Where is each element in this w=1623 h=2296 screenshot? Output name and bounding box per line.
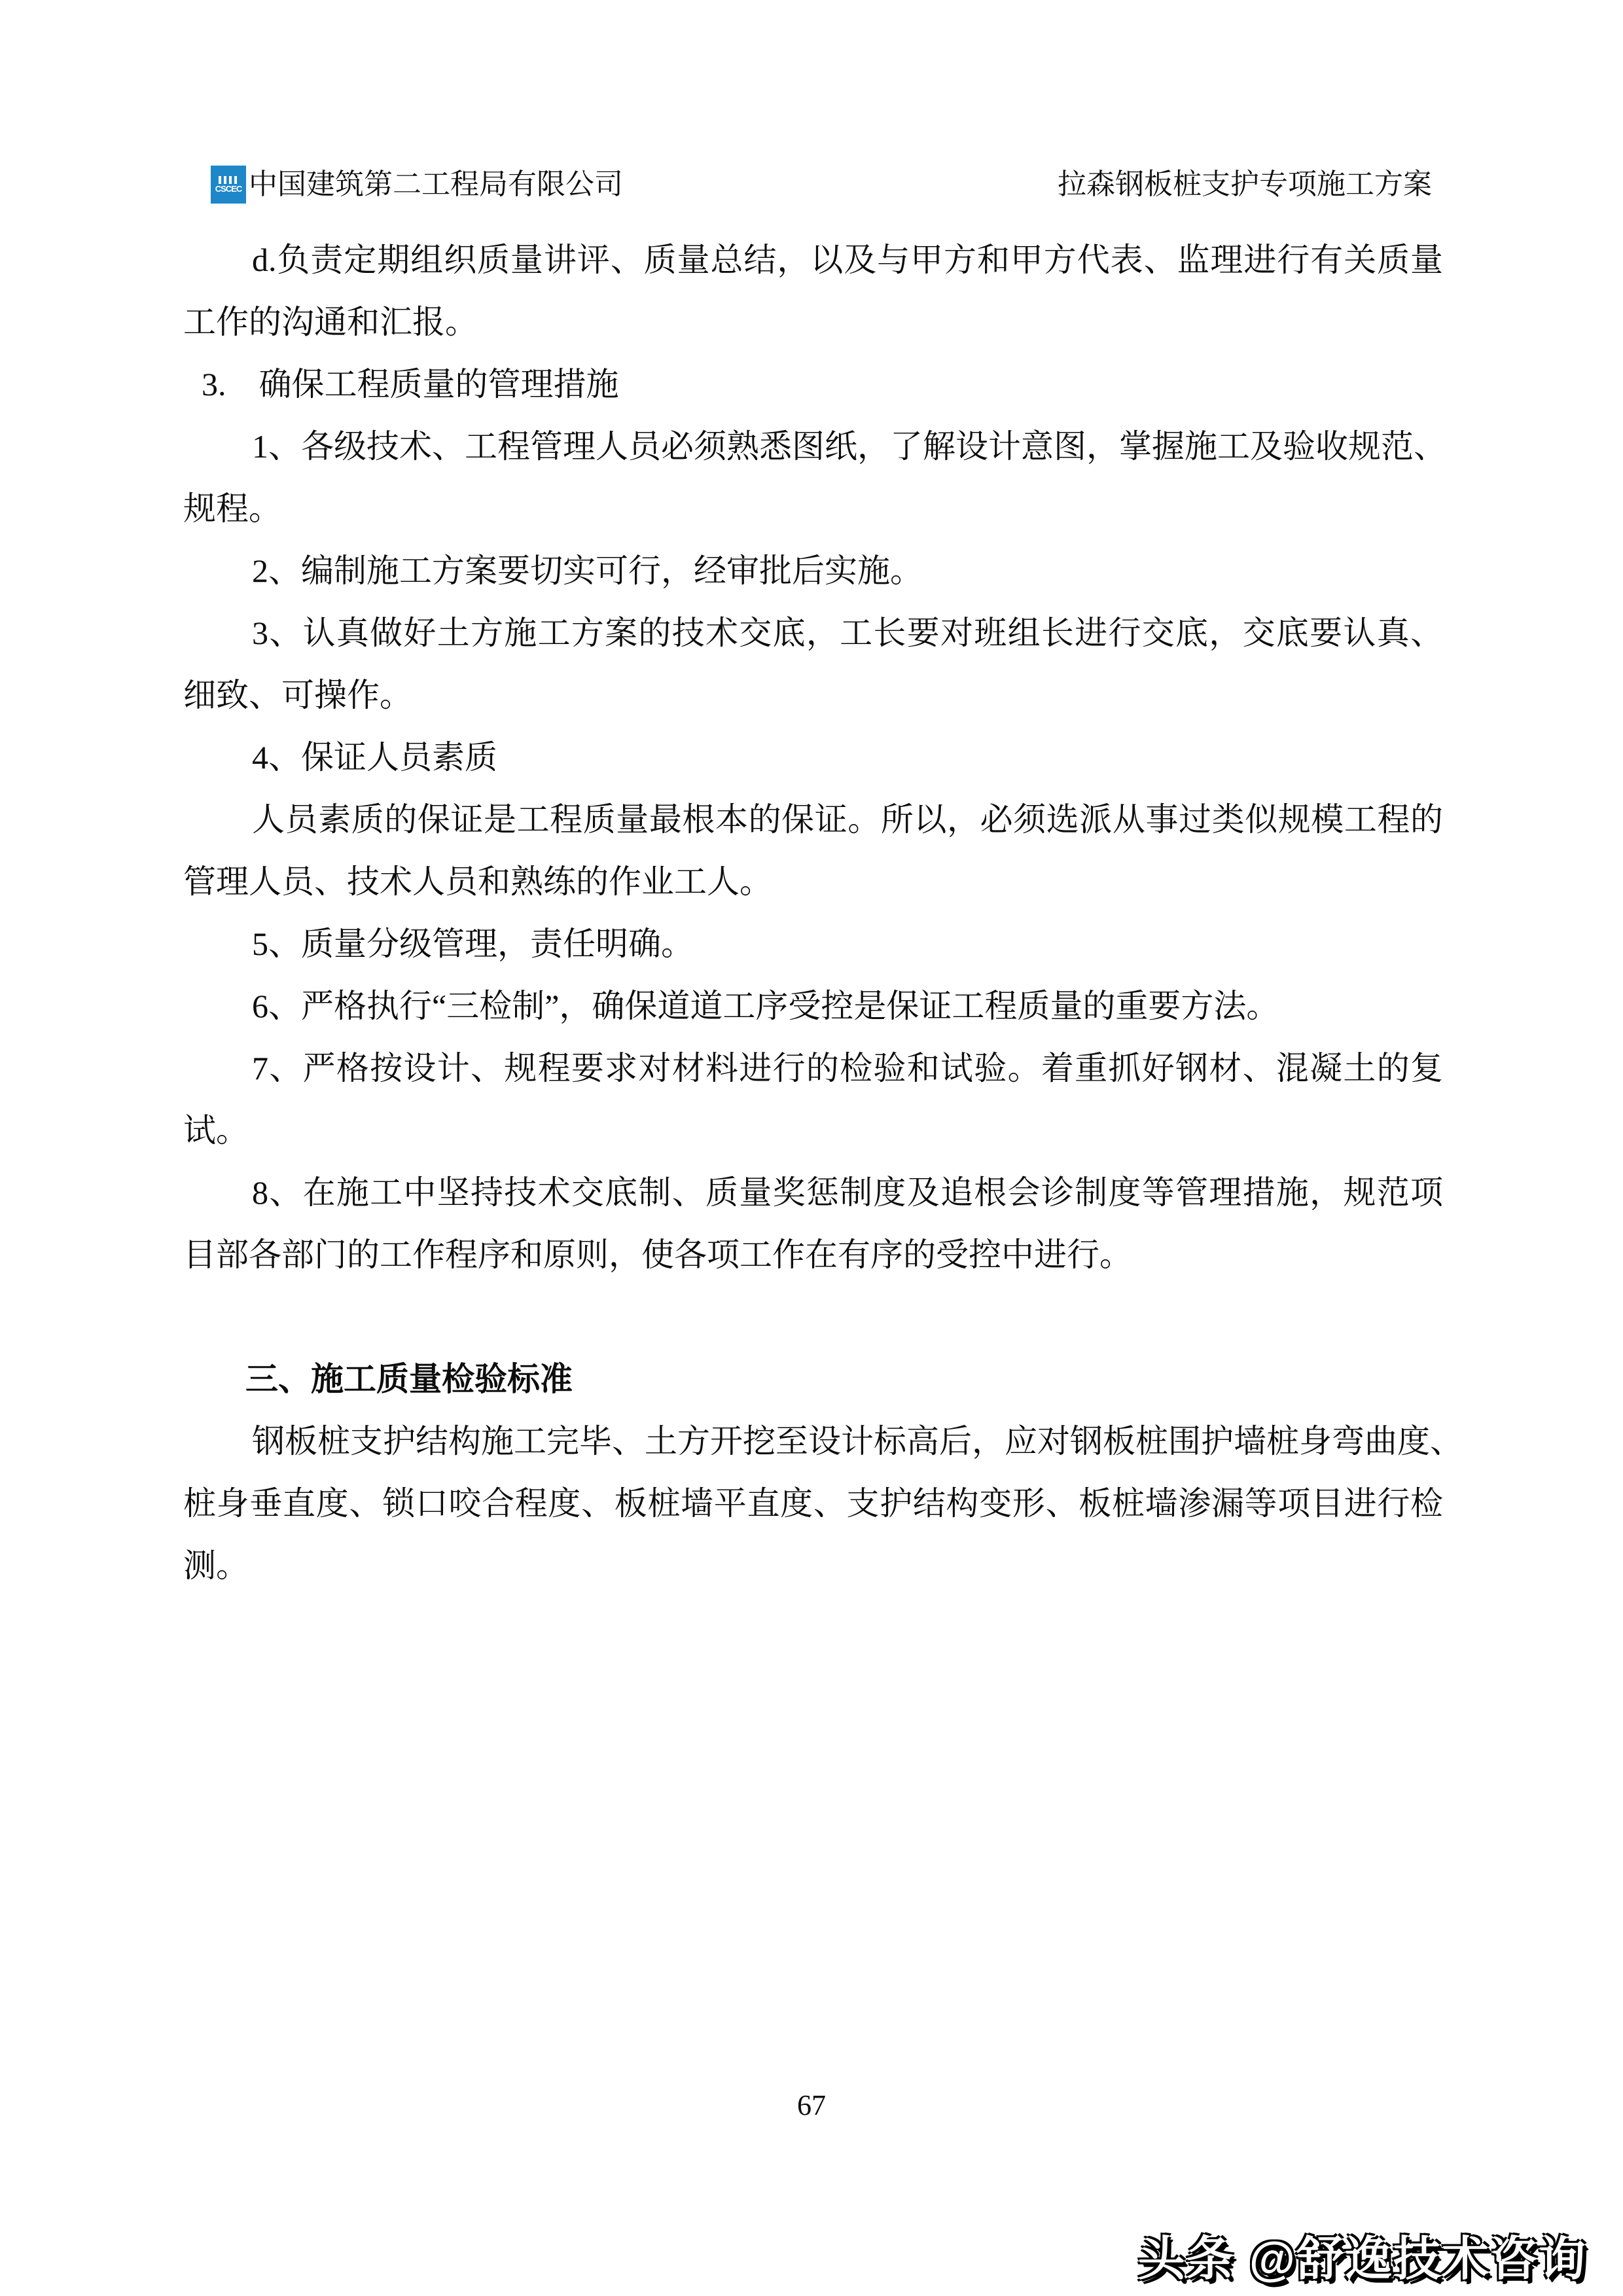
document-line: d.负责定期组织质量讲评、质量总结，以及与甲方和甲方代表、监理进行有关质量 bbox=[183, 229, 1443, 291]
document-line: 4、保证人员素质 bbox=[183, 726, 1443, 789]
document-line: 细致、可操作。 bbox=[183, 664, 1443, 726]
document-title: 拉森钢板桩支护专项施工方案 bbox=[1058, 165, 1432, 204]
page-header: CSCEC 中国建筑第二工程局有限公司 拉森钢板桩支护专项施工方案 bbox=[211, 165, 1432, 204]
document-line: 8、在施工中坚持技术交底制、质量奖惩制度及追根会诊制度等管理措施，规范项 bbox=[183, 1162, 1443, 1224]
document-line: 6、严格执行“三检制”，确保道道工序受控是保证工程质量的重要方法。 bbox=[183, 975, 1443, 1037]
document-line: 管理人员、技术人员和熟练的作业工人。 bbox=[183, 851, 1443, 913]
document-line: 桩身垂直度、锁口咬合程度、板桩墙平直度、支护结构变形、板桩墙渗漏等项目进行检 bbox=[183, 1473, 1443, 1535]
document-line: 规程。 bbox=[183, 478, 1443, 540]
watermark-text: 头条 @舒逸技术咨询 bbox=[1138, 2227, 1587, 2292]
document-line: 钢板桩支护结构施工完毕、土方开挖至设计标高后，应对钢板桩围护墙桩身弯曲度、 bbox=[183, 1410, 1443, 1473]
document-line: 试。 bbox=[183, 1100, 1443, 1162]
document-line: 2、编制施工方案要切实可行，经审批后实施。 bbox=[183, 540, 1443, 602]
document-line: 5、质量分级管理，责任明确。 bbox=[183, 913, 1443, 975]
section-heading: 三、施工质量检验标准 bbox=[183, 1348, 1443, 1410]
page-number: 67 bbox=[0, 2089, 1623, 2122]
blank-line bbox=[183, 1286, 1443, 1348]
document-line: 目部各部门的工作程序和原则，使各项工作在有序的受控中进行。 bbox=[183, 1224, 1443, 1286]
document-page: CSCEC 中国建筑第二工程局有限公司 拉森钢板桩支护专项施工方案 d.负责定期… bbox=[0, 0, 1623, 2296]
company-name: 中国建筑第二工程局有限公司 bbox=[249, 165, 623, 204]
document-line: 人员素质的保证是工程质量最根本的保证。所以，必须选派从事过类似规模工程的 bbox=[183, 789, 1443, 851]
logo-word: CSCEC bbox=[215, 184, 242, 194]
document-line: 3、认真做好土方施工方案的技术交底，工长要对班组长进行交底，交底要认真、 bbox=[183, 602, 1443, 664]
document-line: 1、各级技术、工程管理人员必须熟悉图纸，了解设计意图，掌握施工及验收规范、 bbox=[183, 416, 1443, 478]
document-line: 测。 bbox=[183, 1535, 1443, 1597]
header-left: CSCEC 中国建筑第二工程局有限公司 bbox=[211, 165, 623, 204]
document-line: 工作的沟通和汇报。 bbox=[183, 291, 1443, 353]
document-line: 3. 确保工程质量的管理措施 bbox=[183, 353, 1443, 416]
document-line: 7、严格按设计、规程要求对材料进行的检验和试验。着重抓好钢材、混凝土的复 bbox=[183, 1037, 1443, 1100]
logo-bars bbox=[219, 176, 238, 184]
cscec-logo-icon: CSCEC bbox=[211, 166, 246, 204]
document-body: d.负责定期组织质量讲评、质量总结，以及与甲方和甲方代表、监理进行有关质量工作的… bbox=[183, 229, 1443, 1597]
